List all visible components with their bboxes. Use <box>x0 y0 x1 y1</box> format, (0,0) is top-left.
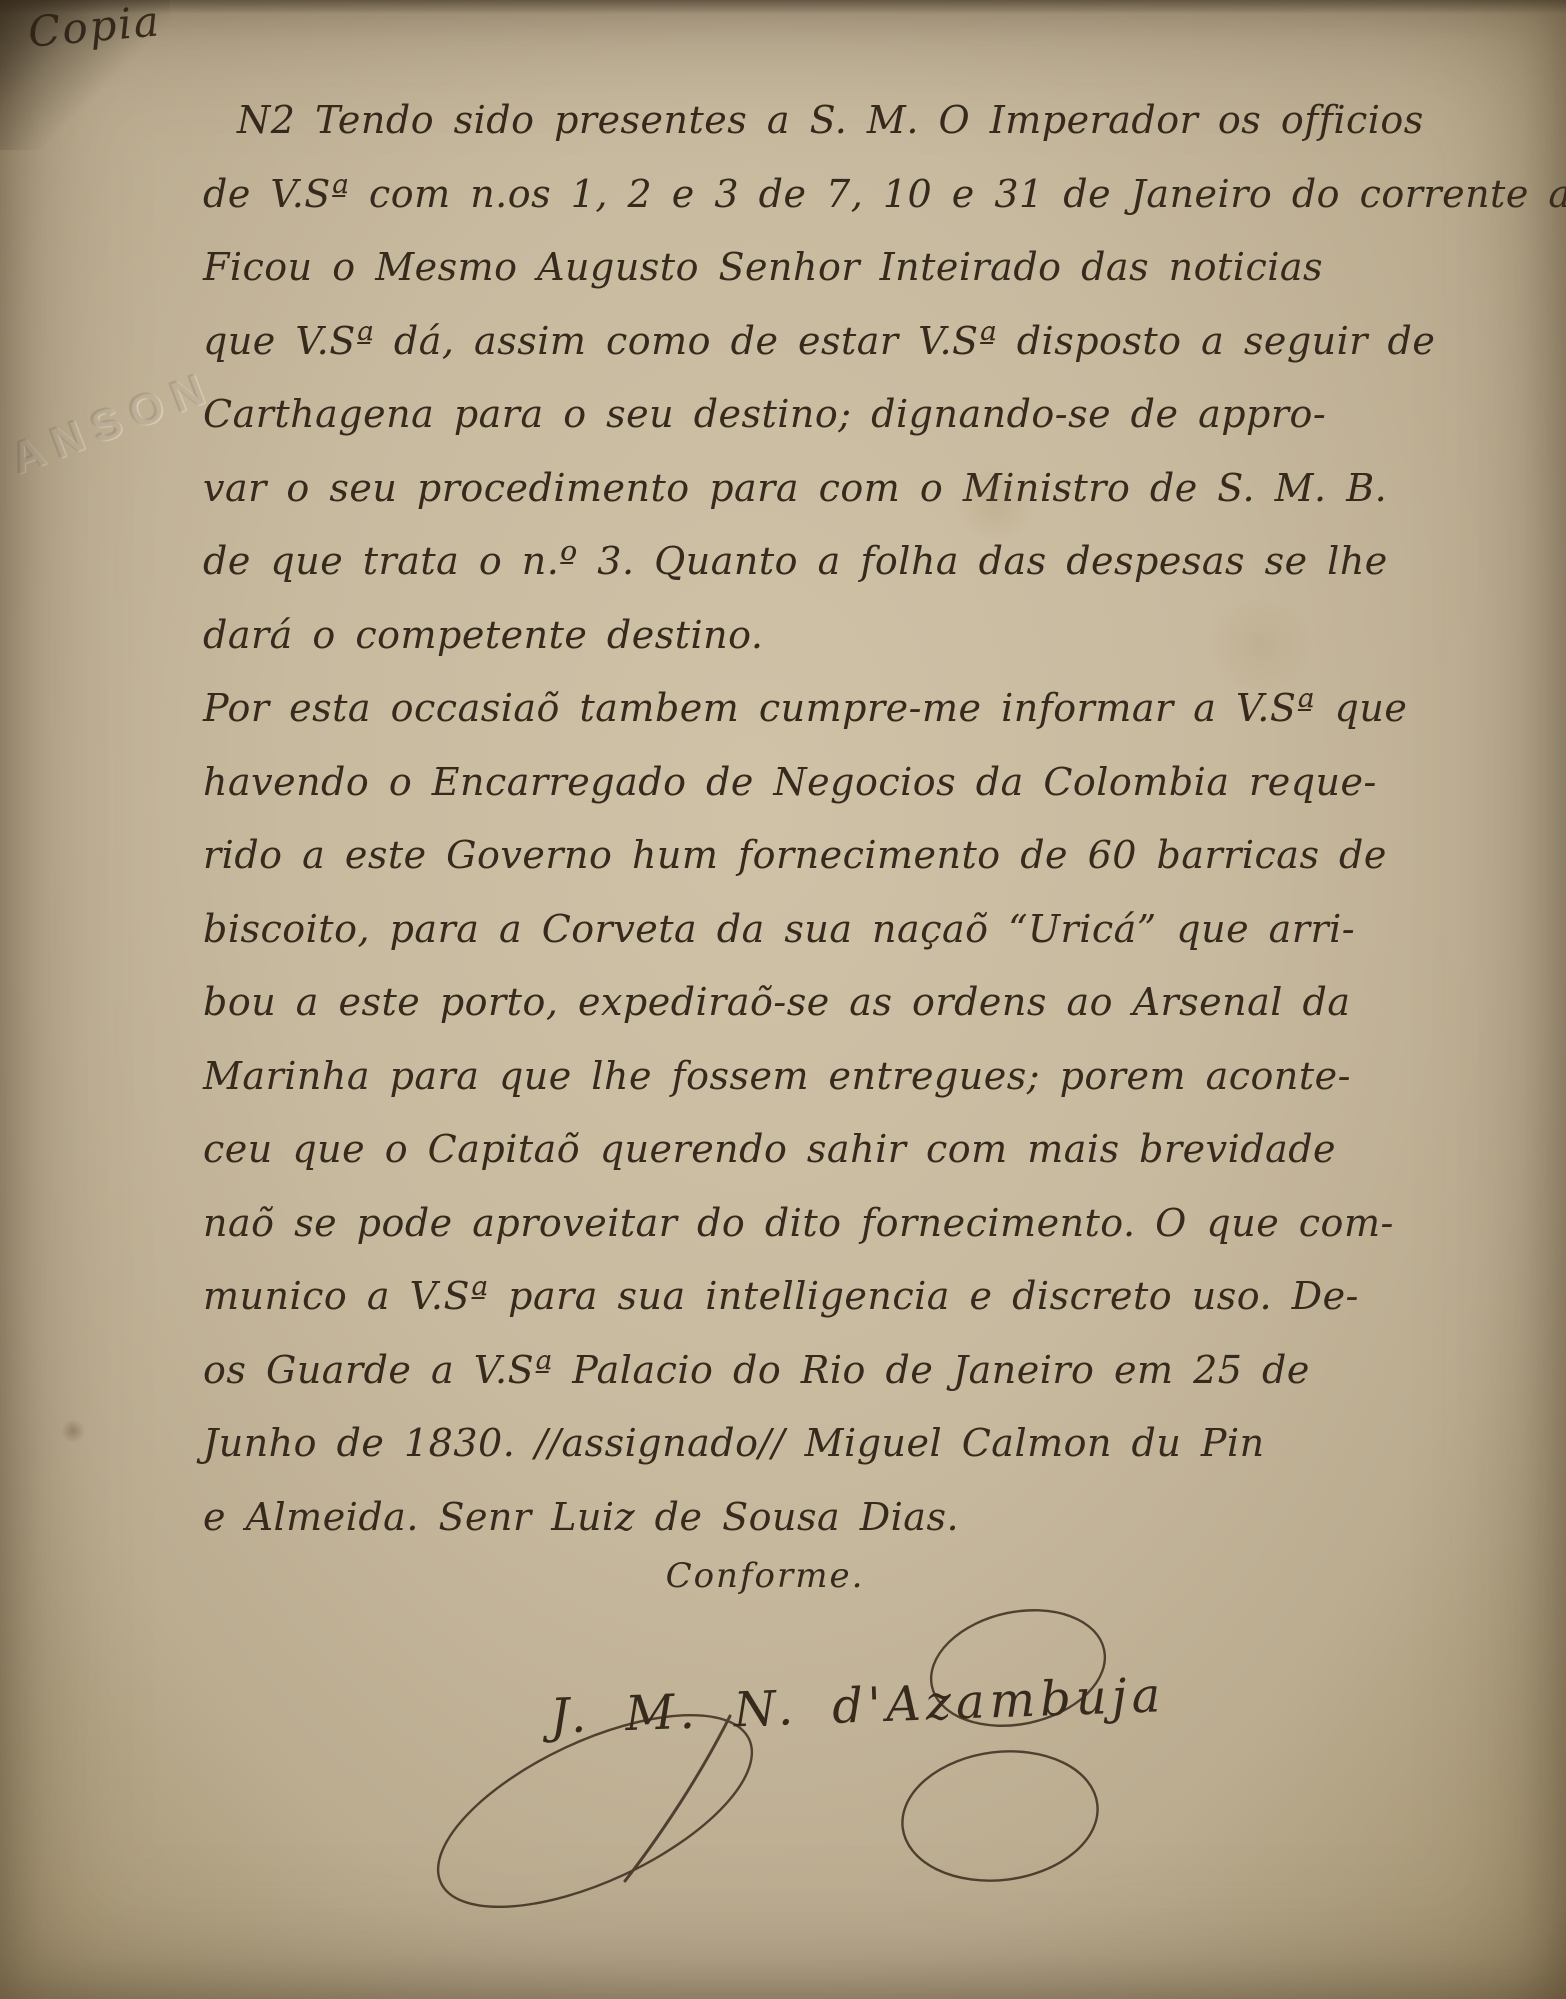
letter-line: bou a este porto, expediraõ-se as ordens… <box>203 966 1566 1040</box>
top-edge-shadow <box>0 0 1566 14</box>
letter-line: biscoito, para a Corveta da sua naçaõ “U… <box>203 893 1566 967</box>
letter-line: Ficou o Mesmo Augusto Senhor Inteirado d… <box>203 231 1566 305</box>
manuscript-page: Copia ANSON N2 Tendo sido presentes a S.… <box>0 0 1566 1999</box>
letter-line: N2 Tendo sido presentes a S. M. O Impera… <box>203 84 1566 158</box>
letter-line: munico a V.Sª para sua intelligencia e d… <box>203 1260 1566 1334</box>
letter-line: rido a este Governo hum fornecimento de … <box>203 819 1566 893</box>
letter-line: os Guarde a V.Sª Palacio do Rio de Janei… <box>203 1334 1566 1408</box>
paper-stain <box>60 1420 86 1442</box>
letter-line: que V.Sª dá, assim como de estar V.Sª di… <box>203 305 1566 379</box>
letter-line: de V.Sª com n.os 1, 2 e 3 de 7, 10 e 31 … <box>203 158 1566 232</box>
paper-watermark: ANSON <box>4 361 222 484</box>
letter-line: ceu que o Capitaõ querendo sahir com mai… <box>203 1113 1566 1187</box>
letter-line: de que trata o n.º 3. Quanto a folha das… <box>203 525 1566 599</box>
letter-line: havendo o Encarregado de Negocios da Col… <box>203 746 1566 820</box>
letter-line: var o seu procedimento para com o Minist… <box>203 452 1566 526</box>
signature-flourish <box>400 1606 1240 1926</box>
closing-conforme: Conforme. <box>0 1556 1548 1596</box>
letter-line: naõ se pode aproveitar do dito fornecime… <box>203 1187 1566 1261</box>
letter-line: Marinha para que lhe fossem entregues; p… <box>203 1040 1566 1114</box>
letter-line: dará o competente destino. <box>203 599 1566 673</box>
letter-line: Junho de 1830. //assignado// Miguel Calm… <box>203 1407 1566 1481</box>
copia-annotation: Copia <box>26 0 163 57</box>
letter-body: N2 Tendo sido presentes a S. M. O Impera… <box>203 84 1566 1554</box>
letter-line: Por esta occasiaõ tambem cumpre-me infor… <box>203 672 1566 746</box>
letter-line: e Almeida. Senr Luiz de Sousa Dias. <box>203 1481 1566 1555</box>
signature-block: J. M. N. d'Azambuja <box>400 1606 1240 1926</box>
letter-line: Carthagena para o seu destino; dignando-… <box>203 378 1566 452</box>
